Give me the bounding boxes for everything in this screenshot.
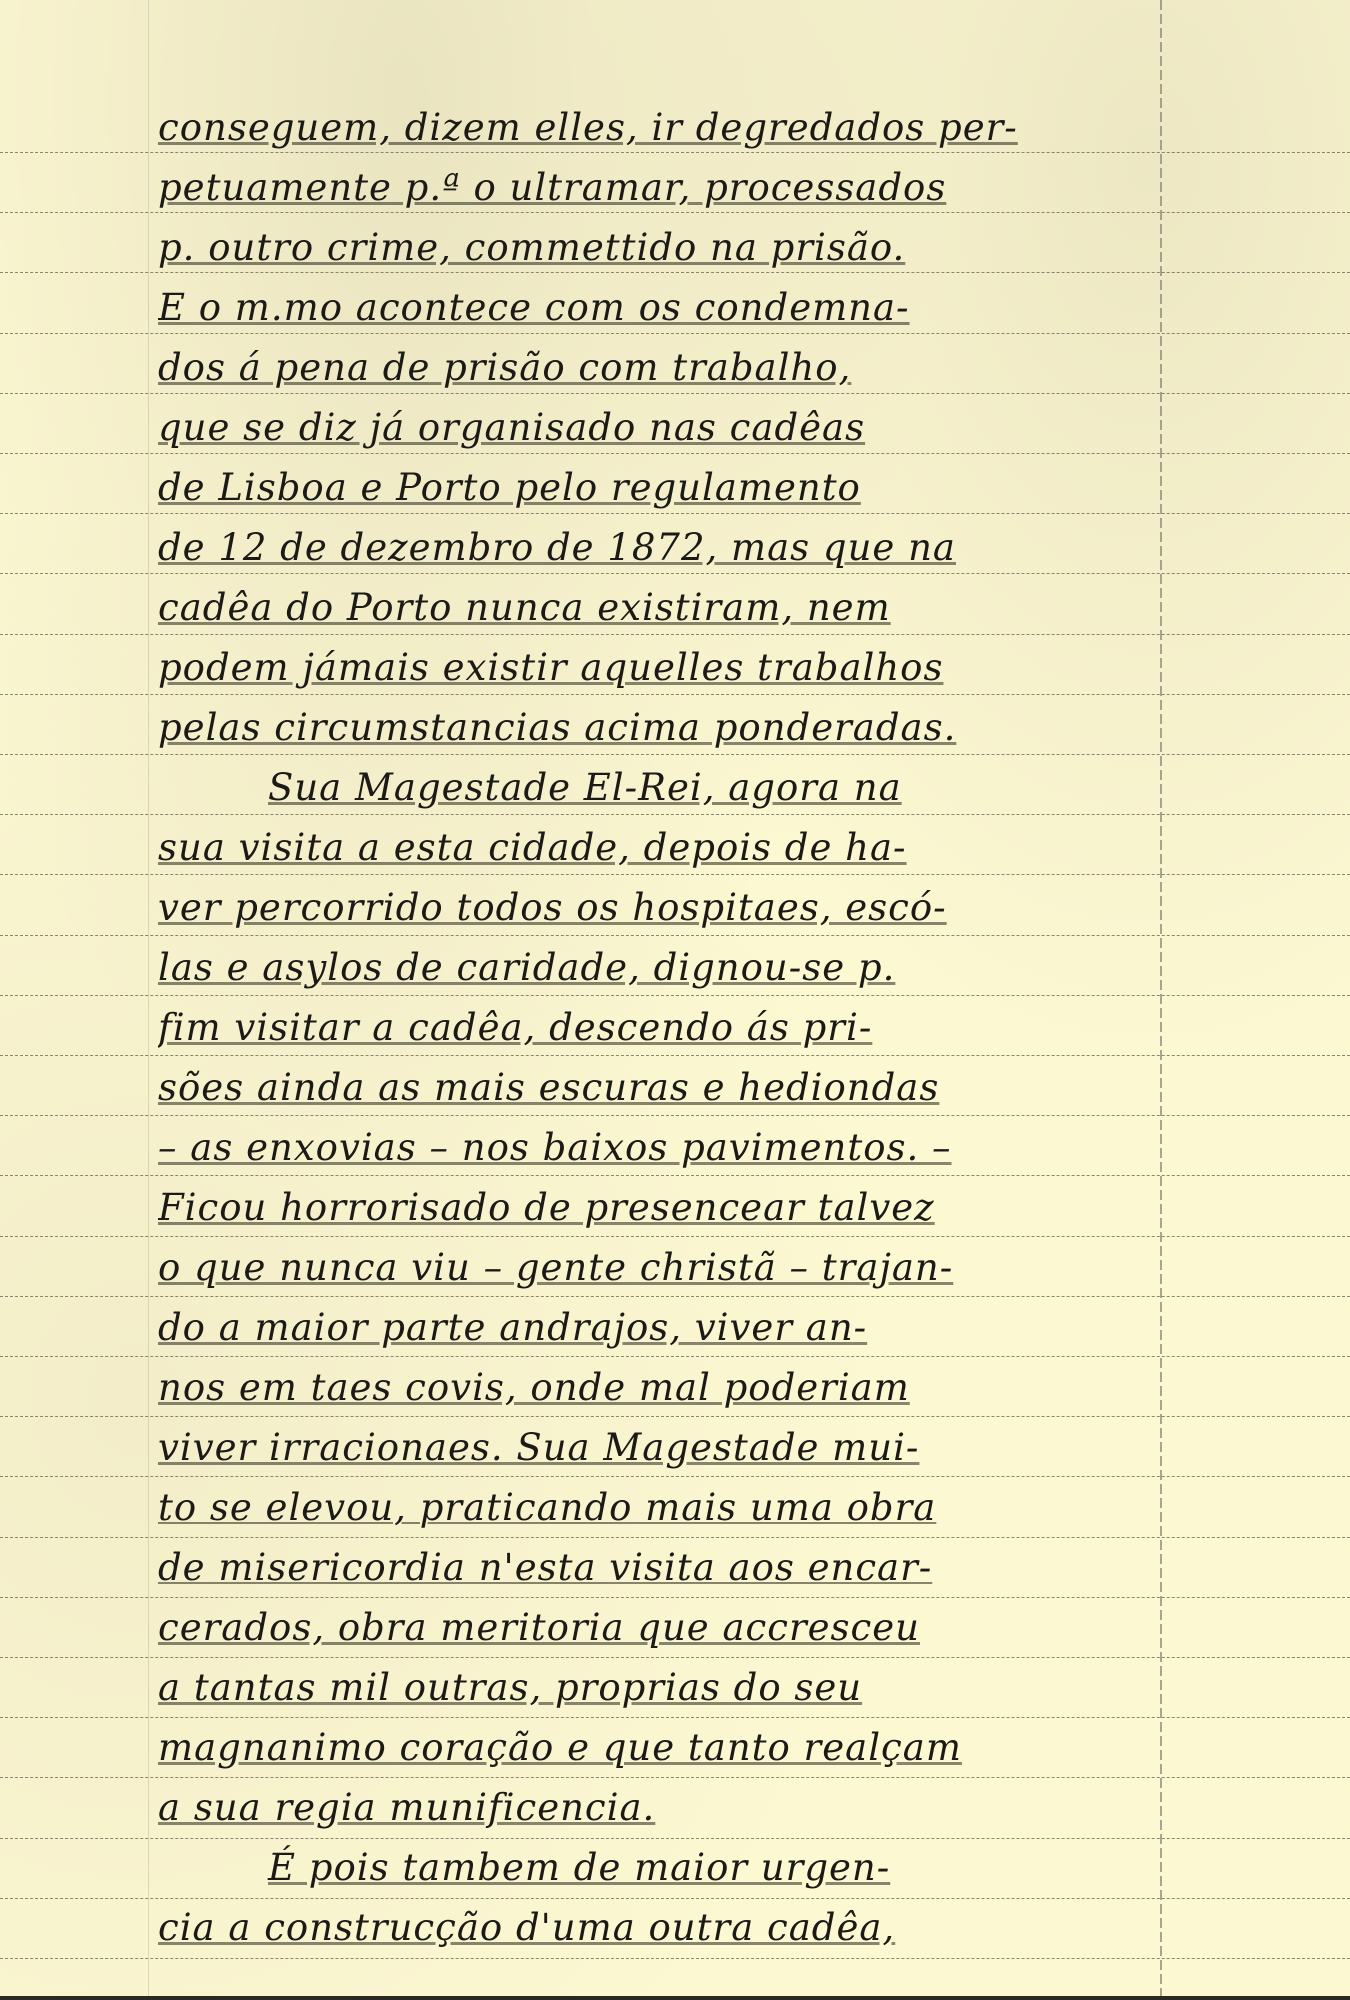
ruled-line	[0, 1597, 1350, 1598]
text-line: dos á pena de prisão com trabalho,	[158, 340, 1158, 396]
ruled-line	[0, 1657, 1350, 1658]
text-line: conseguem, dizem elles, ir degredados pe…	[158, 100, 1158, 156]
text-line: viver irracionaes. Sua Magestade mui-	[158, 1420, 1158, 1476]
text-line: sões ainda as mais escuras e hediondas	[158, 1060, 1158, 1116]
ruled-line	[0, 1838, 1350, 1839]
text-line: E o m.mo acontece com os condemna-	[158, 280, 1158, 336]
text-line: sua visita a esta cidade, depois de ha-	[158, 820, 1158, 876]
ruled-line	[0, 1958, 1350, 1959]
text-line: – as enxovias – nos baixos pavimentos. –	[158, 1120, 1158, 1176]
left-margin-line	[148, 0, 149, 2000]
text-line: nos em taes covis, onde mal poderiam	[158, 1360, 1158, 1416]
text-line: do a maior parte andrajos, viver an-	[158, 1300, 1158, 1356]
text-line: to se elevou, praticando mais uma obra	[158, 1480, 1158, 1536]
text-line: Ficou horrorisado de presencear talvez	[158, 1180, 1158, 1236]
text-line: fim visitar a cadêa, descendo ás pri-	[158, 1000, 1158, 1056]
text-line: de Lisboa e Porto pelo regulamento	[158, 460, 1158, 516]
text-line: a tantas mil outras, proprias do seu	[158, 1660, 1158, 1716]
text-line: podem jámais existir aquelles trabalhos	[158, 640, 1158, 696]
text-line: de 12 de dezembro de 1872, mas que na	[158, 520, 1158, 576]
page-bottom-edge	[0, 1996, 1350, 2000]
ruled-line	[0, 1476, 1350, 1477]
ruled-line	[0, 1537, 1350, 1538]
text-line: ver percorrido todos os hospitaes, escó-	[158, 880, 1158, 936]
paragraph-start-line: É pois tambem de maior urgen-	[158, 1840, 1268, 1896]
text-line: a sua regia munificencia.	[158, 1780, 1158, 1836]
text-line: de misericordia n'esta visita aos encar-	[158, 1540, 1158, 1596]
text-line: cadêa do Porto nunca existiram, nem	[158, 580, 1158, 636]
text-line: cia a construcção d'uma outra cadêa,	[158, 1900, 1158, 1956]
ruled-line	[0, 1416, 1350, 1417]
text-line: pelas circumstancias acima ponderadas.	[158, 700, 1158, 756]
text-line: magnanimo coração e que tanto realçam	[158, 1720, 1158, 1776]
text-line: que se diz já organisado nas cadêas	[158, 400, 1158, 456]
text-line: petuamente p.ª o ultramar, processados	[158, 160, 1158, 216]
text-line: las e asylos de caridade, dignou-se p.	[158, 940, 1158, 996]
paragraph-start-line: Sua Magestade El-Rei, agora na	[158, 760, 1268, 816]
ruled-line	[0, 1717, 1350, 1718]
ruled-line	[0, 1777, 1350, 1778]
text-line: p. outro crime, commettido na prisão.	[158, 220, 1158, 276]
ruled-line	[0, 1898, 1350, 1899]
text-line: o que nunca viu – gente christã – trajan…	[158, 1240, 1158, 1296]
manuscript-page: conseguem, dizem elles, ir degredados pe…	[0, 0, 1350, 2000]
right-margin-line	[1160, 0, 1162, 2000]
text-line: cerados, obra meritoria que accresceu	[158, 1600, 1158, 1656]
ruled-line	[0, 1356, 1350, 1357]
